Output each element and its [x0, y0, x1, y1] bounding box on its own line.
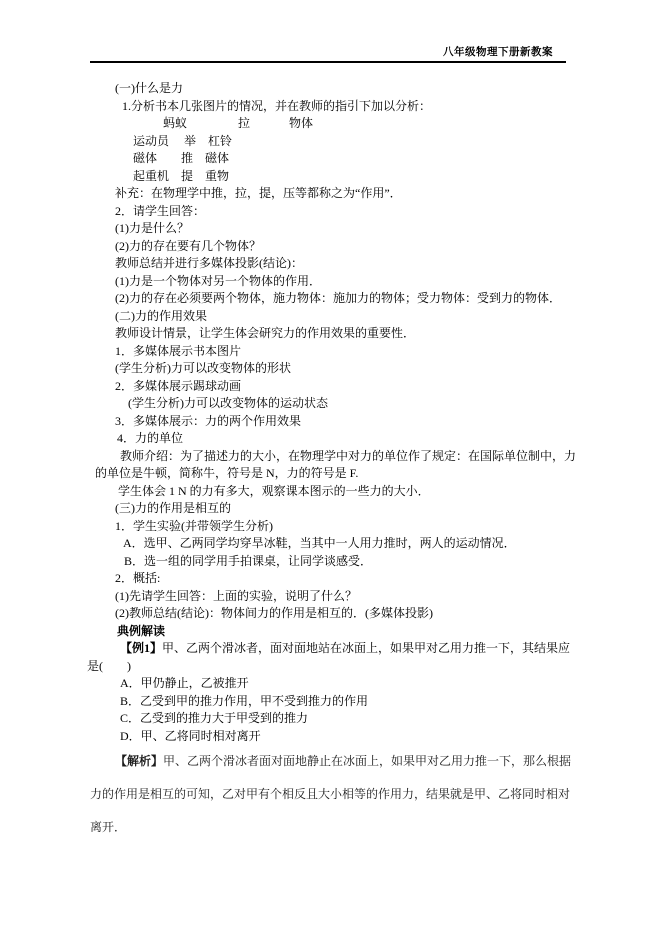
document-line: 磁体 推 磁体 — [0, 150, 661, 168]
document-line: (2)力的存在必须要两个物体，施力物体：施加力的物体；受力物体：受到力的物体． — [0, 290, 661, 308]
text-run: 离开． — [90, 820, 126, 834]
text-run: 2．请学生回答： — [115, 204, 205, 218]
document-line: B．乙受到甲的推力作用，甲不受到推力的作用 — [0, 693, 661, 711]
document-line: A．选甲、乙两同学均穿旱冰鞋，当其中一人用力推时，两人的运动情况． — [0, 535, 661, 553]
header-rule — [90, 61, 566, 63]
document-line: (二)力的作用效果 — [0, 308, 661, 326]
text-run: (1)力是一个物体对另一个物体的作用． — [115, 274, 321, 288]
document-line: 蚂蚁 拉 物体 — [0, 115, 661, 133]
text-run: 2．概括: — [115, 571, 160, 585]
document-line: 起重机 提 重物 — [0, 168, 661, 186]
text-run: 学生体会 1 N 的力有多大，观察课本图示的一些力的大小． — [118, 484, 430, 498]
bold-text-run: 【例1】 — [120, 641, 162, 655]
document-line: 典例解读 — [0, 623, 661, 641]
text-run: 的单位是牛顿，简称牛，符号是 N，力的符号是 F. — [95, 466, 358, 480]
text-run: (一)什么是力 — [115, 81, 183, 95]
document-line: 力的作用是相互的可知，乙对甲有个相反且大小相等的作用力，结果就是甲、乙将同时相对 — [0, 778, 661, 811]
document-line: 3．多媒体展示：力的两个作用效果 — [0, 413, 661, 431]
text-run: (学生分析)力可以改变物体的运动状态 — [128, 396, 328, 410]
document-line: 补充：在物理学中推，拉，提，压等都称之为“作用”． — [0, 185, 661, 203]
document-line: 4．力的单位 — [0, 430, 661, 448]
text-run: 教师介绍：为了描述力的大小，在物理学中对力的单位作了规定：在国际单位制中，力 — [120, 449, 576, 463]
text-run: 力的作用是相互的可知，乙对甲有个相反且大小相等的作用力，结果就是甲、乙将同时相对 — [90, 787, 570, 801]
text-run: 教师总结并进行多媒体投影(结论)： — [115, 256, 303, 270]
document-line: (学生分析)力可以改变物体的运动状态 — [0, 395, 661, 413]
text-run: 运动员 举 杠铃 — [133, 134, 232, 148]
document-line: 2．请学生回答： — [0, 203, 661, 221]
document-line: 1.分析书本几张图片的情况，并在教师的指引下加以分析： — [0, 98, 661, 116]
document-line: (2)教师总结(结论)：物体间力的作用是相互的．(多媒体投影) — [0, 605, 661, 623]
document-body: (一)什么是力1.分析书本几张图片的情况，并在教师的指引下加以分析：蚂蚁 拉 物… — [0, 80, 661, 745]
text-run: D．甲、乙将同时相对离开 — [120, 729, 261, 743]
text-run: B．乙受到甲的推力作用，甲不受到推力的作用 — [120, 694, 368, 708]
analysis-paragraph: 【解析】甲、乙两个滑冰者面对面地静止在冰面上，如果甲对乙用力推一下，那么根据力的… — [0, 745, 661, 844]
text-run: (1)力是什么？ — [115, 221, 189, 235]
text-run: (二)力的作用效果 — [115, 309, 207, 323]
document-line: 教师总结并进行多媒体投影(结论)： — [0, 255, 661, 273]
text-run: 磁体 推 磁体 — [133, 151, 229, 165]
document-line: (一)什么是力 — [0, 80, 661, 98]
text-run: 甲、乙两个滑冰者，面对面地站在冰面上，如果甲对乙用力推一下，其结果应 — [162, 641, 570, 655]
text-run: (学生分析)力可以改变物体的形状 — [115, 361, 291, 375]
document-line: (三)力的作用是相互的 — [0, 500, 661, 518]
text-run: B．选一组的同学用手拍课桌，让同学谈感受． — [124, 554, 372, 568]
document-line: 教师设计情景，让学生体会研究力的作用效果的重要性． — [0, 325, 661, 343]
document-line: C．乙受到的推力大于甲受到的推力 — [0, 710, 661, 728]
document-line: D．甲、乙将同时相对离开 — [0, 728, 661, 746]
document-page: 八年级物理下册新教案 (一)什么是力1.分析书本几张图片的情况，并在教师的指引下… — [0, 0, 661, 935]
text-run: 补充：在物理学中推，拉，提，压等都称之为“作用”． — [115, 186, 402, 200]
text-run: 起重机 提 重物 — [133, 169, 229, 183]
document-line: 1．学生实验(并带领学生分析) — [0, 518, 661, 536]
document-line: (1)先请学生回答：上面的实验，说明了什么？ — [0, 588, 661, 606]
header-title: 八年级物理下册新教案 — [90, 44, 553, 59]
bold-text-run: 典例解读 — [117, 624, 165, 638]
document-line: (学生分析)力可以改变物体的形状 — [0, 360, 661, 378]
text-run: 1.分析书本几张图片的情况，并在教师的指引下加以分析： — [122, 99, 431, 113]
text-run: A．甲仍静止，乙被推开 — [120, 676, 249, 690]
bold-text-run: 【解析】 — [115, 754, 163, 768]
text-run: 3．多媒体展示：力的两个作用效果 — [115, 414, 301, 428]
text-run: A．选甲、乙两同学均穿旱冰鞋，当其中一人用力推时，两人的运动情况． — [123, 536, 516, 550]
document-line: 运动员 举 杠铃 — [0, 133, 661, 151]
text-run: (2)力的存在必须要两个物体，施力物体：施加力的物体；受力物体：受到力的物体． — [115, 291, 561, 305]
text-run: 1．学生实验(并带领学生分析) — [115, 519, 273, 533]
text-run: 4．力的单位 — [117, 431, 183, 445]
document-line: 离开． — [0, 811, 661, 844]
document-line: 2．概括: — [0, 570, 661, 588]
document-line: (1)力是什么？ — [0, 220, 661, 238]
document-line: B．选一组的同学用手拍课桌，让同学谈感受． — [0, 553, 661, 571]
text-run: (2)力的存在要有几个物体？ — [115, 239, 261, 253]
document-line: 教师介绍：为了描述力的大小，在物理学中对力的单位作了规定：在国际单位制中，力 — [0, 448, 661, 466]
document-line: 2．多媒体展示踢球动画 — [0, 378, 661, 396]
document-line: (2)力的存在要有几个物体？ — [0, 238, 661, 256]
text-run: 甲、乙两个滑冰者面对面地静止在冰面上，如果甲对乙用力推一下，那么根据 — [163, 754, 571, 768]
text-run: (三)力的作用是相互的 — [115, 501, 231, 515]
text-run: 1．多媒体展示书本图片 — [115, 344, 241, 358]
document-line: 1．多媒体展示书本图片 — [0, 343, 661, 361]
document-line: 的单位是牛顿，简称牛，符号是 N，力的符号是 F. — [0, 465, 661, 483]
document-line: 是( ) — [0, 658, 661, 676]
text-run: 2．多媒体展示踢球动画 — [115, 379, 241, 393]
document-line: 【解析】甲、乙两个滑冰者面对面地静止在冰面上，如果甲对乙用力推一下，那么根据 — [0, 745, 661, 778]
document-line: (1)力是一个物体对另一个物体的作用． — [0, 273, 661, 291]
text-run: (2)教师总结(结论)：物体间力的作用是相互的．(多媒体投影) — [115, 606, 433, 620]
document-line: A．甲仍静止，乙被推开 — [0, 675, 661, 693]
text-run: (1)先请学生回答：上面的实验，说明了什么？ — [115, 589, 357, 603]
text-run: 蚂蚁 拉 物体 — [163, 116, 313, 130]
text-run: 是( ) — [87, 659, 131, 673]
text-run: 教师设计情景，让学生体会研究力的作用效果的重要性． — [115, 326, 415, 340]
document-line: 学生体会 1 N 的力有多大，观察课本图示的一些力的大小． — [0, 483, 661, 501]
document-line: 【例1】甲、乙两个滑冰者，面对面地站在冰面上，如果甲对乙用力推一下，其结果应 — [0, 640, 661, 658]
text-run: C．乙受到的推力大于甲受到的推力 — [120, 711, 308, 725]
